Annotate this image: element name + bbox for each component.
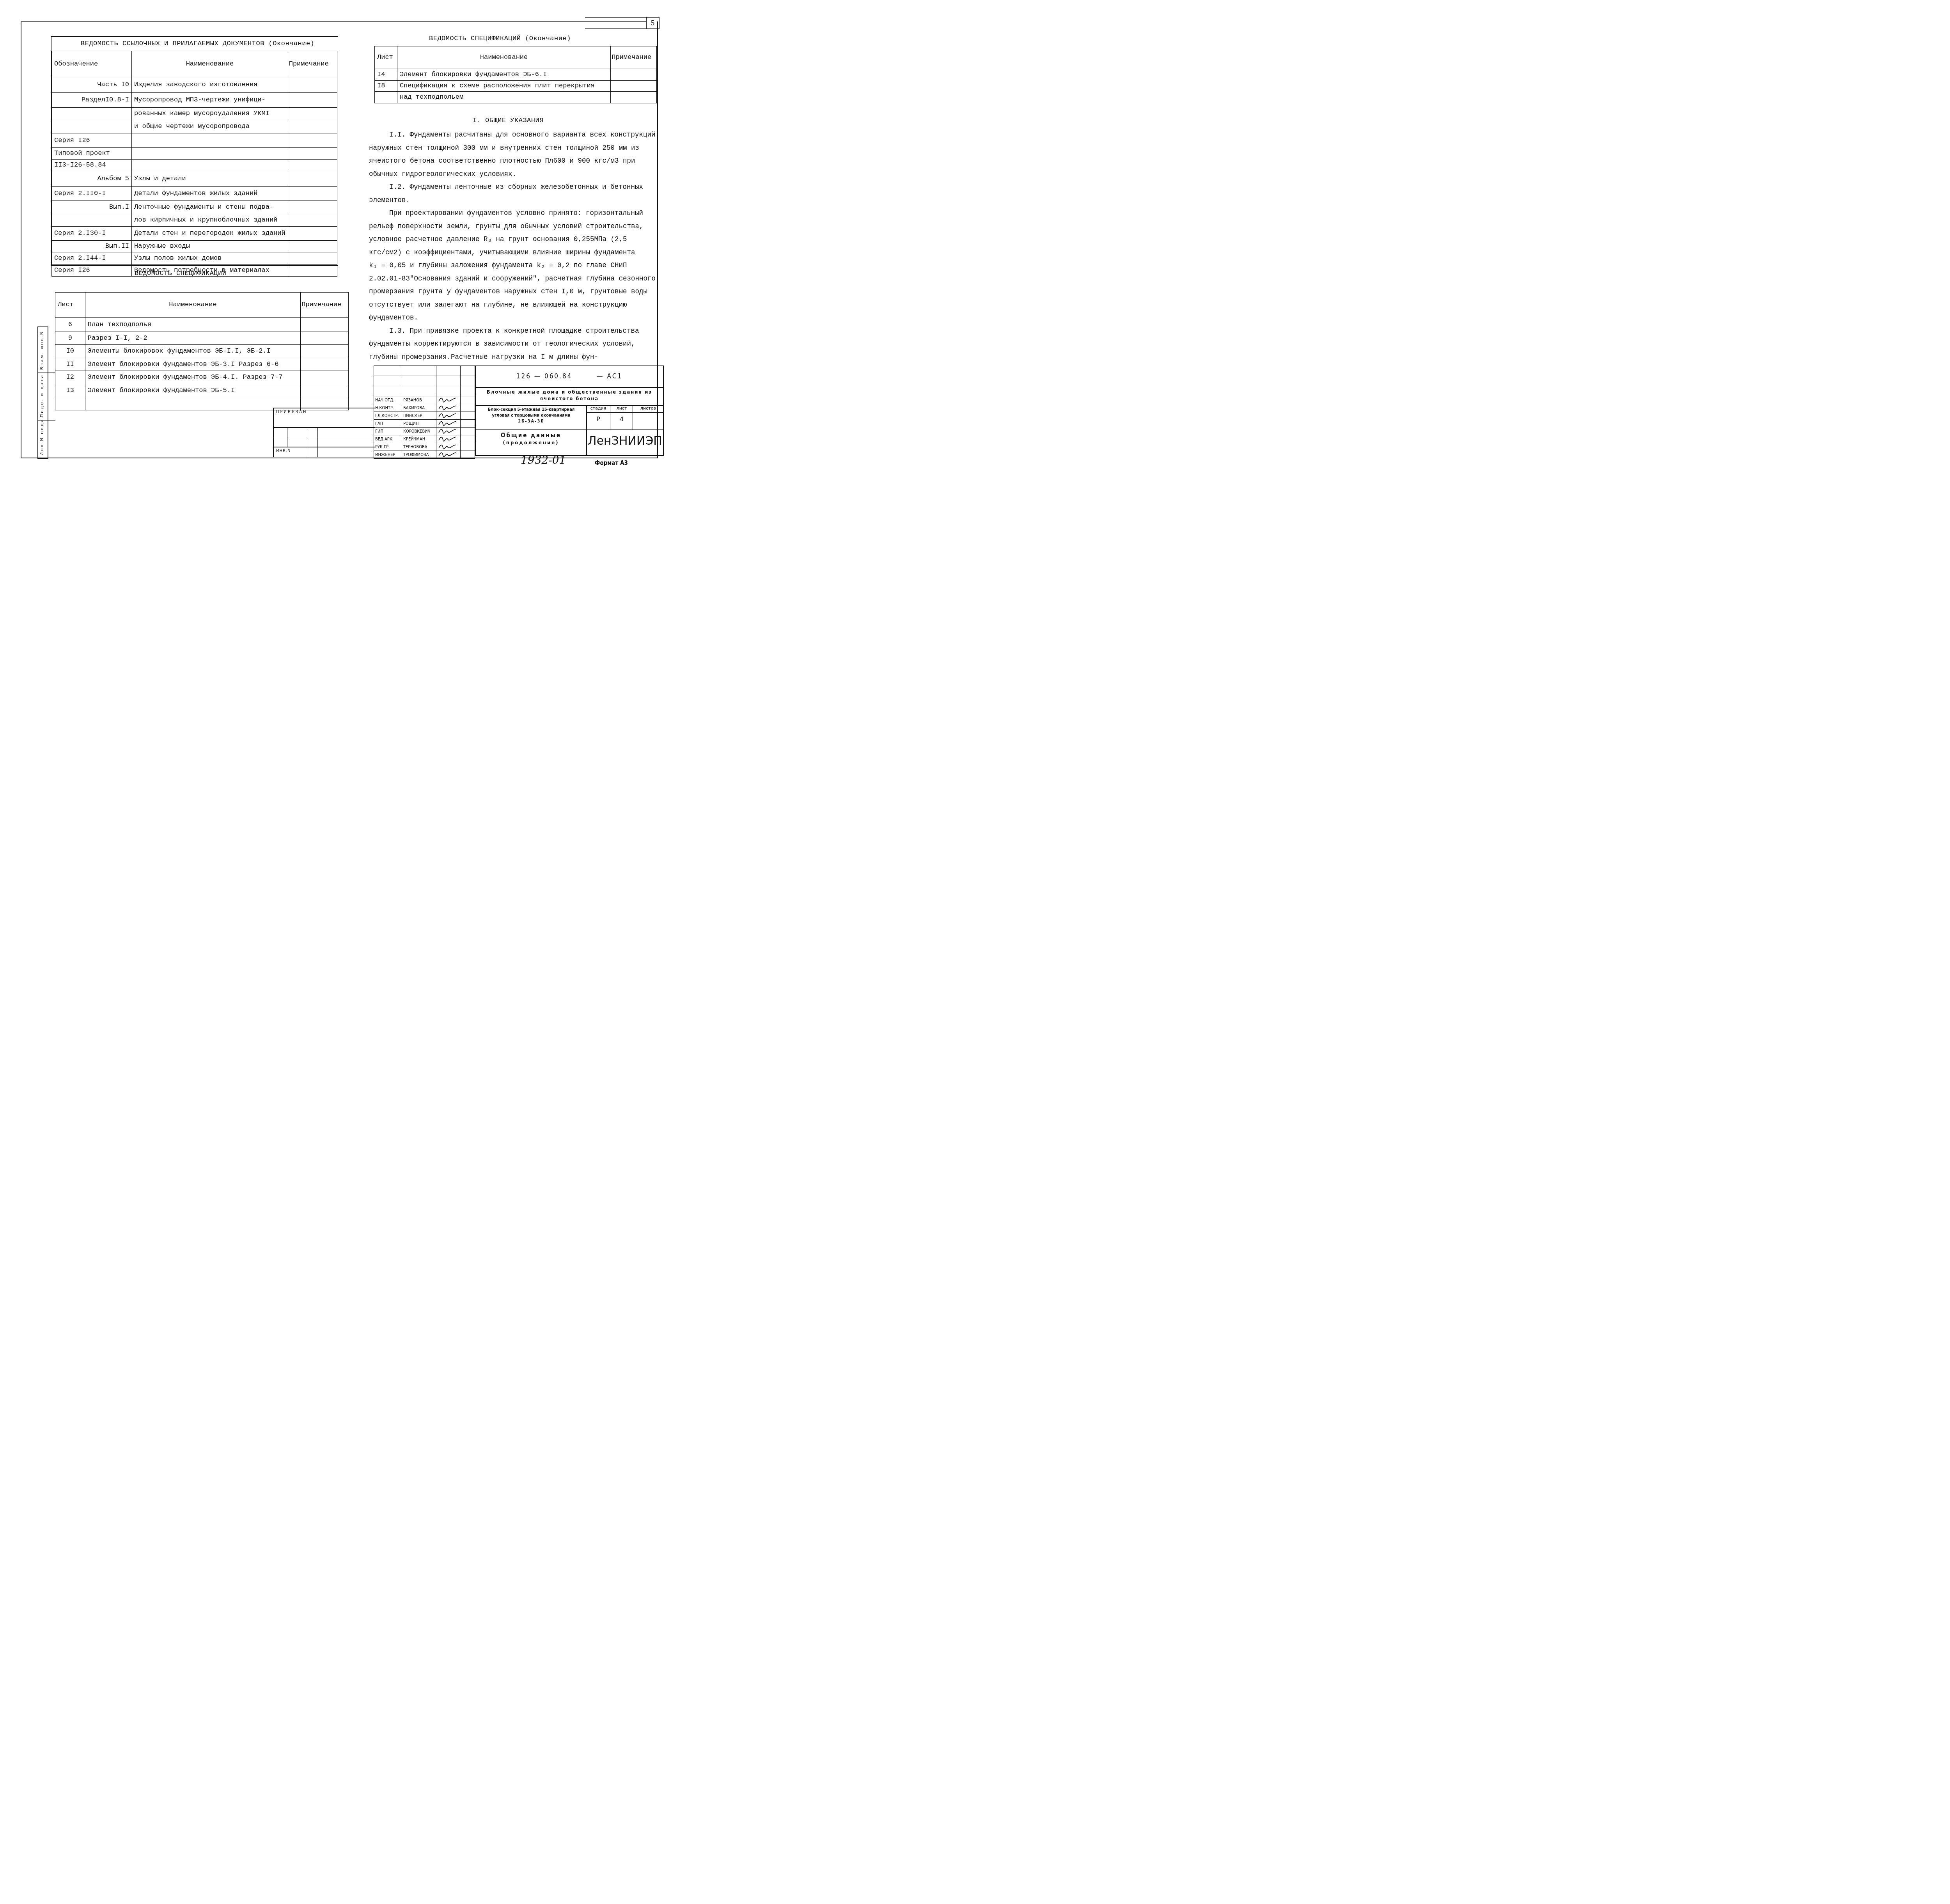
notes-line: ячеистого бетона соответственно плотност…: [369, 155, 654, 168]
cell-designation: [52, 120, 132, 133]
table-row: и общие чертежи мусоропровода: [52, 120, 337, 133]
stage-sheet-header-divider: [586, 412, 663, 413]
table-row: Часть I0Изделия заводского изготовления: [52, 77, 337, 93]
cell-note: [288, 187, 337, 201]
cell-sheet: I4: [375, 69, 397, 81]
cell-note: [288, 214, 337, 227]
notes-line: глубины промерзания.Расчетные нагрузки н…: [369, 351, 654, 364]
signature-date: [460, 443, 475, 451]
sheet-title-line-2: (продолжение): [476, 439, 586, 447]
handwritten-signature-icon: [436, 396, 460, 404]
notes-line: промерзания грунта у фундаментов наружны…: [369, 286, 654, 299]
cell-name: Узлы полов жилых домов: [132, 252, 288, 265]
cell-name: Изделия заводского изготовления: [132, 77, 288, 93]
cell-note: [288, 252, 337, 265]
column-header-sheet: Лист: [55, 293, 85, 318]
project-title: Блочные жилые дома и общественные здания…: [484, 389, 655, 402]
notes-line: наружных стен толщиной 300 мм и внутренн…: [369, 142, 654, 155]
sheets-header: листов: [633, 406, 663, 411]
cell-name: над техподпольем: [397, 92, 610, 103]
binding-block: привязан Инв.N: [273, 408, 375, 457]
signature-date: [460, 412, 475, 420]
signature-row: Нач.отд.Рязанов: [374, 396, 475, 404]
cell-sheet: I3: [55, 384, 85, 397]
table-row: Серия 2.I44-IУзлы полов жилых домов: [52, 252, 337, 265]
stage-header: стадия: [587, 406, 609, 411]
cell-note: [301, 332, 349, 345]
table-row: РазделI0.8-IМусоропровод МПЗ-чертежи уни…: [52, 93, 337, 108]
cell-note: [288, 93, 337, 108]
column-header-name: Наименование: [397, 46, 610, 69]
referenced-documents-table: Обозначение Наименование Примечание Част…: [51, 51, 337, 277]
stage-col-divider: [610, 405, 610, 429]
column-header-note: Примечание: [611, 46, 657, 69]
cell-sheet: 6: [55, 318, 85, 332]
cell-note: [301, 371, 349, 384]
cell-sheet: 9: [55, 332, 85, 345]
signature-name: Рощин: [402, 420, 436, 428]
cell-name: Мусоропровод МПЗ-чертежи унифици-: [132, 93, 288, 108]
notes-line: I.2. Фундаменты ленточные из сборных жел…: [369, 181, 654, 194]
table-row: I3Элемент блокировки фундаментов ЭБ-5.I: [55, 384, 349, 397]
cell-name: Элемент блокировки фундаментов ЭБ-4.I. Р…: [85, 371, 300, 384]
sheet-value: 4: [611, 415, 633, 423]
cell-designation: Серия I26: [52, 133, 132, 148]
column-header-designation: Обозначение: [52, 51, 132, 77]
page-number-cell-empty: [585, 17, 646, 29]
signature-row: Н.контр.Бахирова: [374, 404, 475, 412]
cell-name: План техподполья: [85, 318, 300, 332]
cell-note: [288, 171, 337, 187]
notes-line: кгс/см2) с коэффициентами, учитывающими …: [369, 247, 654, 260]
binding-col-line-1: [287, 427, 287, 447]
section-description: Блок-секция 5-этажная 15-квартирная угло…: [477, 406, 586, 424]
cell-designation: Часть I0: [52, 77, 132, 93]
table-row: Серия 2.I30-IДетали стен и перегородок ж…: [52, 227, 337, 241]
cell-note: [611, 81, 657, 92]
signature-role: ГАП: [374, 420, 402, 428]
specifications-title: ВЕДОМОСТЬ СПЕЦИФИКАЦИЙ: [135, 270, 226, 277]
cell-name: Ленточные фундаменты и стены подва-: [132, 201, 288, 214]
signature-row: ИнженерТрофимова: [374, 451, 475, 459]
cell-name: Детали стен и перегородок жилых зданий: [132, 227, 288, 241]
table-row: I0Элементы блокировок фундаментов ЭБ-I.I…: [55, 345, 349, 358]
sheet-frame-top: [21, 21, 646, 22]
table-row: Альбом 5Узлы и детали: [52, 171, 337, 187]
sheet-title-divider: [476, 429, 663, 430]
table-row: Вып.IЛенточные фундаменты и стены подва-: [52, 201, 337, 214]
cell-designation: Вып.II: [52, 241, 132, 252]
binding-row-line-3: [274, 447, 375, 447]
table-row: Серия I26: [52, 133, 337, 148]
table-row: Типовой проект: [52, 148, 337, 160]
signature-date: [460, 435, 475, 443]
handwritten-signature-icon: [436, 404, 460, 412]
cell-name: [132, 160, 288, 171]
signature-row: Вед.арх.Крейчман: [374, 435, 475, 443]
signature-row: Рук.гр.Терновова: [374, 443, 475, 451]
signature-date: [460, 451, 475, 459]
general-notes-title: I. ОБЩИЕ УКАЗАНИЯ: [473, 117, 544, 124]
cell-note: [611, 69, 657, 81]
handwritten-signature-icon: [436, 412, 460, 420]
column-header-name: Наименование: [85, 293, 300, 318]
cell-designation: Серия I26: [52, 265, 132, 277]
signature-role: Вед.арх.: [374, 435, 402, 443]
signature-name: Бахирова: [402, 404, 436, 412]
signature-row: ГИПКоровкевич: [374, 428, 475, 435]
cell-note: [301, 384, 349, 397]
table-row: Серия 2.II0-IДетали фундаментов жилых зд…: [52, 187, 337, 201]
table-row: I8Спецификация к схеме расположения плит…: [375, 81, 657, 92]
cell-note: [301, 358, 349, 371]
notes-line: фундаментов.: [369, 312, 654, 325]
handwritten-signature-icon: [436, 420, 460, 428]
section-description-line-3: 2Б-3А-3Б: [477, 418, 586, 424]
general-notes-body: I.I. Фундаменты расчитаны для основного …: [369, 129, 654, 364]
cell-name: Разрез I-I, 2-2: [85, 332, 300, 345]
cell-designation: [52, 214, 132, 227]
cell-note: [288, 227, 337, 241]
signature-row: Гл.констр.Пинскер: [374, 412, 475, 420]
table-row: II3-I26-58.84: [52, 160, 337, 171]
cell-name: лов кирпичных и крупноблочных зданий: [132, 214, 288, 227]
signature-date: [460, 396, 475, 404]
column-header-note: Примечание: [301, 293, 349, 318]
cell-sheet: I2: [55, 371, 85, 384]
specifications-end-table: Лист Наименование Примечание I4Элемент б…: [374, 46, 657, 103]
signature-name: Рязанов: [402, 396, 436, 404]
column-header-sheet: Лист: [375, 46, 397, 69]
handwritten-signature-icon: [436, 451, 460, 459]
notes-line: элементов.: [369, 194, 654, 208]
binding-col-line-2: [306, 427, 306, 457]
cell-name: Наружные входы: [132, 241, 288, 252]
column-header-note: Примечание: [288, 51, 337, 77]
section-description-line-2: угловая с торцовыми окончаниями: [477, 412, 586, 418]
notes-line: I.3. При привязке проекта к конкретной п…: [369, 325, 654, 338]
handwritten-signature-icon: [436, 428, 460, 435]
sheet-header: лист: [611, 406, 633, 411]
signature-name: Терновова: [402, 443, 436, 451]
signature-row: ГАПРощин: [374, 420, 475, 428]
cell-name: Элементы блокировок фундаментов ЭБ-I.I, …: [85, 345, 300, 358]
signature-date: [460, 404, 475, 412]
cell-sheet: II: [55, 358, 85, 371]
cell-designation: Типовой проект: [52, 148, 132, 160]
cell-name: и общие чертежи мусоропровода: [132, 120, 288, 133]
table-row: лов кирпичных и крупноблочных зданий: [52, 214, 337, 227]
sheet-title: Общие данные (продолжение): [476, 432, 586, 447]
signature-role: Гл.констр.: [374, 412, 402, 420]
signature-name: Крейчман: [402, 435, 436, 443]
cell-note: [301, 345, 349, 358]
cell-designation: II3-I26-58.84: [52, 160, 132, 171]
signature-role: Инженер: [374, 451, 402, 459]
cell-name: Элемент блокировки фундаментов ЭБ-5.I: [85, 384, 300, 397]
table-row: I4Элемент блокировки фундаментов ЭБ-6.I: [375, 69, 657, 81]
notes-line: обычных гидрогеологических условиях.: [369, 168, 654, 181]
cell-designation: Вып.I: [52, 201, 132, 214]
notes-line: k₁ = 0,05 и глубины заложения фундамента…: [369, 259, 654, 273]
code-divider: [476, 387, 663, 388]
table-row: 9Разрез I-I, 2-2: [55, 332, 349, 345]
handwritten-signature-icon: [436, 443, 460, 451]
cell-note: [288, 265, 337, 277]
cell-note: [288, 148, 337, 160]
cell-name: [132, 133, 288, 148]
signature-name: Пинскер: [402, 412, 436, 420]
notes-line: При проектировании фундаментов условно п…: [369, 207, 654, 220]
notes-line: отсутствует или залегают на глубине, не …: [369, 299, 654, 312]
cell-note: [288, 241, 337, 252]
cell-designation: Серия 2.II0-I: [52, 187, 132, 201]
cell-name: Спецификация к схеме расположения плит п…: [397, 81, 610, 92]
binding-inv-label: Инв.N: [276, 449, 291, 453]
notes-line: фундаменты корректируются в зависимости …: [369, 338, 654, 351]
cell-note: [301, 318, 349, 332]
table-row: IIЭлемент блокировки фундаментов ЭБ-3.I …: [55, 358, 349, 371]
signature-name: Коровкевич: [402, 428, 436, 435]
specifications-end-title: ВЕДОМОСТЬ СПЕЦИФИКАЦИЙ (Окончание): [429, 35, 571, 43]
table-row: над техподпольем: [375, 92, 657, 103]
cell-designation: РазделI0.8-I: [52, 93, 132, 108]
cell-designation: Альбом 5: [52, 171, 132, 187]
cell-sheet: I0: [55, 345, 85, 358]
signature-role: Н.контр.: [374, 404, 402, 412]
signature-name: Трофимова: [402, 451, 436, 459]
title-main: 126 — 060.84 — АС1 Блочные жилые дома и …: [475, 366, 664, 456]
cell-name: [132, 148, 288, 160]
cell-sheet: [375, 92, 397, 103]
cell-name: Элемент блокировки фундаментов ЭБ-6.I: [397, 69, 610, 81]
cell-name: рованных камер мусороудаления УКМI: [132, 108, 288, 120]
signature-date: [460, 428, 475, 435]
sheet-title-line-1: Общие данные: [476, 432, 586, 439]
column-header-name: Наименование: [132, 51, 288, 77]
section-description-line-1: Блок-секция 5-этажная 15-квартирная: [477, 406, 586, 412]
side-stamp-label-signature-date: Подп. и дата: [39, 374, 44, 417]
organization-name: ЛенЗНИИЭП: [587, 434, 663, 448]
cell-sheet: [55, 397, 85, 410]
binding-col-line-3: [317, 427, 318, 457]
table-row: I2Элемент блокировки фундаментов ЭБ-4.I.…: [55, 371, 349, 384]
title-block: Нач.отд.РязановН.контр.БахироваГл.констр…: [374, 366, 662, 455]
cell-designation: [52, 108, 132, 120]
cell-note: [611, 92, 657, 103]
signature-role: Нач.отд.: [374, 396, 402, 404]
paper-format: Формат А3: [595, 460, 628, 467]
archive-number: 1932-01: [521, 454, 566, 467]
cell-name: Детали фундаментов жилых зданий: [132, 187, 288, 201]
notes-line: I.I. Фундаменты расчитаны для основного …: [369, 129, 654, 142]
signature-table: Нач.отд.РязановН.контр.БахироваГл.констр…: [374, 366, 475, 459]
page-number: 5: [646, 17, 659, 29]
notes-line: условное расчетное давление R₀ на грунт …: [369, 233, 654, 247]
side-stamp-label-original-inv: Инв.N подл.: [39, 416, 44, 456]
cell-name: Элемент блокировки фундаментов ЭБ-3.I Ра…: [85, 358, 300, 371]
stage-value: Р: [587, 415, 609, 423]
sheet-col-divider: [633, 405, 633, 429]
document-code: 126 — 060.84 — АС1: [476, 373, 663, 380]
cell-note: [288, 133, 337, 148]
cell-sheet: I8: [375, 81, 397, 92]
table-row: 6План техподполья: [55, 318, 349, 332]
binding-label: привязан: [276, 410, 307, 414]
signature-role: Рук.гр.: [374, 443, 402, 451]
cell-note: [288, 201, 337, 214]
cell-designation: Серия 2.I44-I: [52, 252, 132, 265]
cell-name: [85, 397, 300, 410]
cell-note: [288, 160, 337, 171]
referenced-documents-title: ВЕДОМОСТЬ ССЫЛОЧНЫХ И ПРИЛАГАЕМЫХ ДОКУМЕ…: [81, 40, 314, 48]
cell-note: [288, 120, 337, 133]
table-row: рованных камер мусороудаления УКМI: [52, 108, 337, 120]
cell-designation: Серия 2.I30-I: [52, 227, 132, 241]
binding-row-line-2: [274, 437, 375, 437]
cell-note: [288, 108, 337, 120]
table-row: Вып.IIНаружные входы: [52, 241, 337, 252]
cell-name: Узлы и детали: [132, 171, 288, 187]
notes-line: рельеф поверхности земли, грунты для обы…: [369, 220, 654, 234]
specifications-table: Лист Наименование Примечание 6План техпо…: [55, 292, 349, 410]
binding-row-line-1: [274, 427, 375, 428]
signature-date: [460, 420, 475, 428]
side-stamp-label-replacement-inv: Взам. инв.N: [39, 330, 44, 370]
side-stamp-divider-1: [37, 373, 55, 373]
signature-role: ГИП: [374, 428, 402, 435]
cell-note: [288, 77, 337, 93]
notes-line: 2.02.01-83"Основания зданий и сооружений…: [369, 273, 654, 286]
handwritten-signature-icon: [436, 435, 460, 443]
